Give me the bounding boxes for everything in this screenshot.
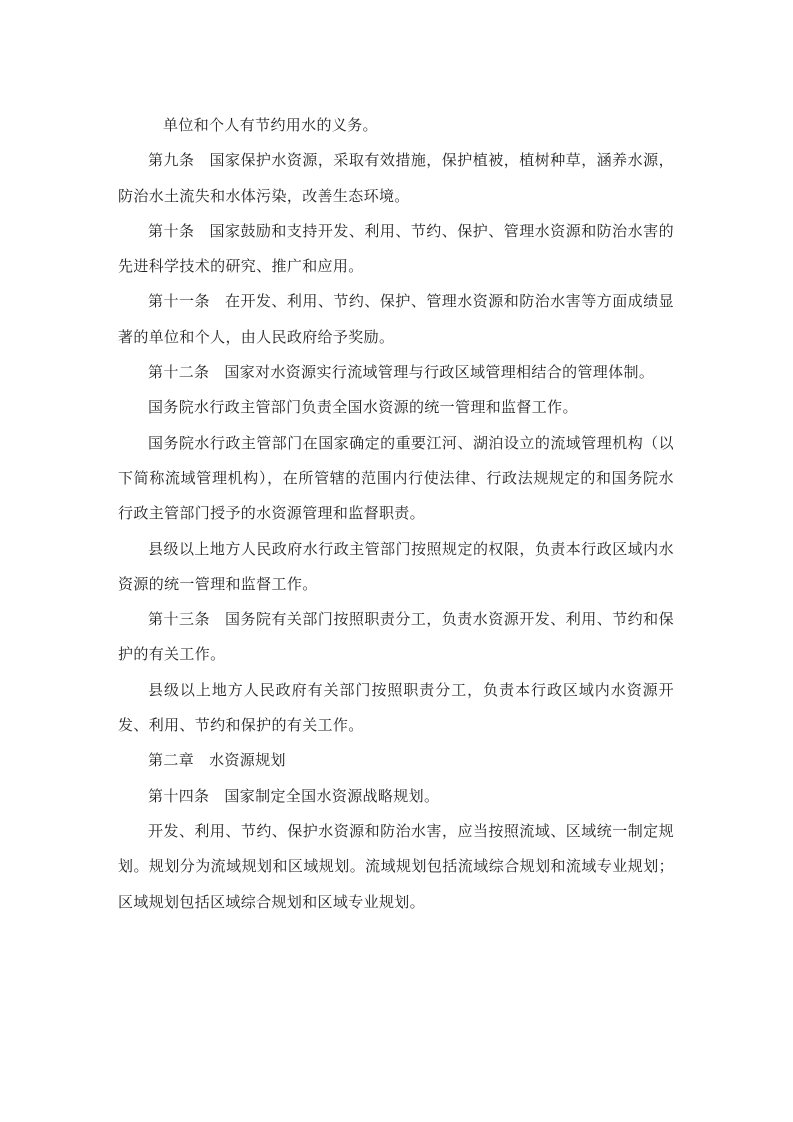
article-13-clause-2: 县级以上地方人民政府有关部门按照职责分工，负责本行政区域内水资源开发、利用、节约… [118,673,674,744]
paragraph-text: 单位和个人有节约用水的义务。 [163,116,378,134]
chapter-heading: 第二章水资源规划 [118,743,674,778]
article-14: 第十四条国家制定全国水资源战略规划。 [118,779,674,814]
paragraph-text: 国家保护水资源，采取有效措施，保护植被，植树种草，涵养水源，防治水土流失和水体污… [118,151,674,204]
paragraph-text: 国务院水行政主管部门在国家确定的重要江河、湖泊设立的流域管理机构（以下简称流域管… [118,434,674,523]
article-12-clause-4: 县级以上地方人民政府水行政主管部门按照规定的权限，负责本行政区域内水资源的统一管… [118,532,674,603]
chapter-number: 第二章 [148,751,194,769]
article-10: 第十条国家鼓励和支持开发、利用、节约、保护、管理水资源和防治水害的先进科学技术的… [118,214,674,285]
paragraph-text: 开发、利用、节约、保护水资源和防治水害，应当按照流域、区域统一制定规划。规划分为… [118,822,674,911]
article-number: 第十二条 [148,363,209,381]
article-number: 第十三条 [148,610,210,628]
paragraph-text: 县级以上地方人民政府水行政主管部门按照规定的权限，负责本行政区域内水资源的统一管… [118,540,674,593]
paragraph-text: 县级以上地方人民政府有关部门按照职责分工，负责本行政区域内水资源开发、利用、节约… [118,681,674,734]
article-9: 第九条国家保护水资源，采取有效措施，保护植被，植树种草，涵养水源，防治水土流失和… [118,143,674,214]
article-number: 第十一条 [148,292,210,310]
paragraph-text: 国家鼓励和支持开发、利用、节约、保护、管理水资源和防治水害的先进科学技术的研究、… [118,222,674,275]
paragraph-text: 国家对水资源实行流域管理与行政区域管理相结合的管理体制。 [224,363,654,381]
article-11: 第十一条在开发、利用、节约、保护、管理水资源和防治水害等方面成绩显著的单位和个人… [118,284,674,355]
article-number: 第九条 [148,151,194,169]
article-12-clause-3: 国务院水行政主管部门在国家确定的重要江河、湖泊设立的流域管理机构（以下简称流域管… [118,426,674,532]
article-14-clause-2: 开发、利用、节约、保护水资源和防治水害，应当按照流域、区域统一制定规划。规划分为… [118,814,674,920]
paragraph-text: 国务院水行政主管部门负责全国水资源的统一管理和监督工作。 [148,398,578,416]
article-13: 第十三条国务院有关部门按照职责分工，负责水资源开发、利用、节约和保护的有关工作。 [118,602,674,673]
document-page: 单位和个人有节约用水的义务。 第九条国家保护水资源，采取有效措施，保护植被，植树… [118,108,674,920]
paragraph-obligation: 单位和个人有节约用水的义务。 [118,108,674,143]
chapter-title: 水资源规划 [209,751,286,769]
article-number: 第十条 [148,222,194,240]
article-12: 第十二条国家对水资源实行流域管理与行政区域管理相结合的管理体制。 [118,355,674,390]
article-12-clause-2: 国务院水行政主管部门负责全国水资源的统一管理和监督工作。 [118,390,674,425]
paragraph-text: 国家制定全国水资源战略规划。 [224,787,439,805]
article-number: 第十四条 [148,787,209,805]
